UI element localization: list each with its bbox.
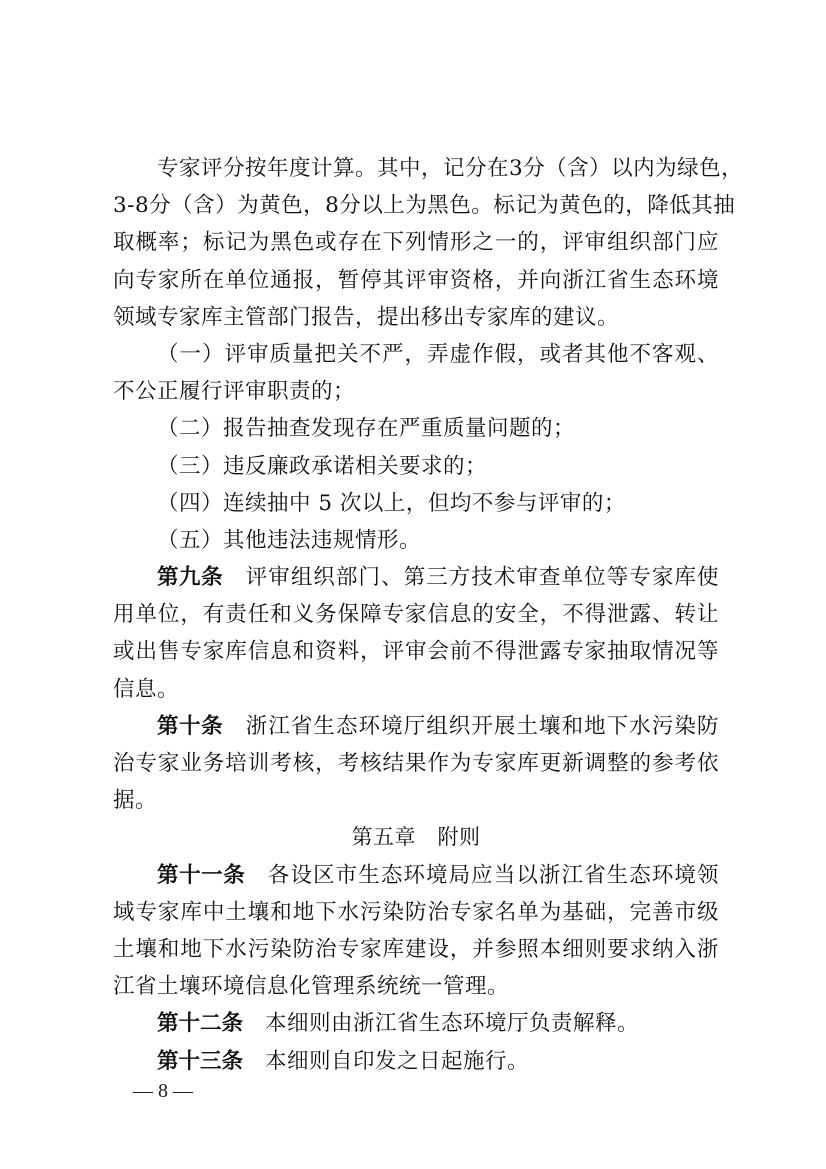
page-number: — 8 —: [133, 1080, 193, 1103]
paragraph-line: 用单位，有责任和义务保障专家信息的安全，不得泄露、转让: [113, 596, 719, 633]
paragraph-line: 信息。: [113, 671, 719, 708]
article-label: 第十一条: [157, 863, 245, 888]
article-label: 第九条: [157, 565, 223, 590]
paragraph-line: 3-8分（含）为黄色，8分以上为黑色。标记为黄色的，降低其抽: [113, 187, 719, 224]
paragraph-line: 向专家所在单位通报，暂停其评审资格，并向浙江省生态环境: [113, 262, 719, 299]
article-label: 第十条: [157, 714, 223, 739]
paragraph-line: 域专家库中土壤和地下水污染防治专家名单为基础，完善市级: [113, 894, 719, 931]
list-item-5: （五）其他违法违规情形。: [113, 522, 719, 559]
paragraph-line: 专家评分按年度计算。其中，记分在3分（含）以内为绿色，: [113, 150, 719, 187]
chapter-heading: 第五章 附则: [113, 819, 719, 856]
list-item-3: （三）违反廉政承诺相关要求的；: [113, 448, 719, 485]
article-9: 第九条评审组织部门、第三方技术审查单位等专家库使: [113, 559, 719, 596]
article-text: 各设区市生态环境局应当以浙江省生态环境领: [267, 863, 719, 888]
list-item-1-cont: 不公正履行评审职责的；: [113, 373, 719, 410]
article-label: 第十三条: [157, 1049, 243, 1074]
paragraph-line: 或出售专家库信息和资料，评审会前不得泄露专家抽取情况等: [113, 633, 719, 670]
article-text: 浙江省生态环境厅组织开展土壤和地下水污染防: [245, 714, 719, 739]
paragraph-line: 治专家业务培训考核，考核结果作为专家库更新调整的参考依: [113, 745, 719, 782]
document-page: 专家评分按年度计算。其中，记分在3分（含）以内为绿色， 3-8分（含）为黄色，8…: [113, 150, 719, 1080]
article-10: 第十条浙江省生态环境厅组织开展土壤和地下水污染防: [113, 708, 719, 745]
article-text: 本细则自印发之日起施行。: [265, 1049, 529, 1074]
article-text: 评审组织部门、第三方技术审查单位等专家库使: [245, 565, 719, 590]
paragraph-line: 土壤和地下水污染防治专家库建设，并参照本细则要求纳入浙: [113, 931, 719, 968]
paragraph-line: 取概率；标记为黑色或存在下列情形之一的，评审组织部门应: [113, 224, 719, 261]
paragraph-line: 领域专家库主管部门报告，提出移出专家库的建议。: [113, 299, 719, 336]
article-text: 本细则由浙江省生态环境厅负责解释。: [265, 1011, 639, 1036]
article-label: 第十二条: [157, 1011, 243, 1036]
article-12: 第十二条本细则由浙江省生态环境厅负责解释。: [113, 1005, 719, 1042]
paragraph-line: 江省土壤环境信息化管理系统统一管理。: [113, 968, 719, 1005]
list-item-2: （二）报告抽查发现存在严重质量问题的；: [113, 410, 719, 447]
list-item-4: （四）连续抽中 5 次以上，但均不参与评审的；: [113, 485, 719, 522]
article-13: 第十三条本细则自印发之日起施行。: [113, 1043, 719, 1080]
list-item-1: （一）评审质量把关不严，弄虚作假，或者其他不客观、: [113, 336, 719, 373]
paragraph-line: 据。: [113, 782, 719, 819]
article-11: 第十一条各设区市生态环境局应当以浙江省生态环境领: [113, 857, 719, 894]
